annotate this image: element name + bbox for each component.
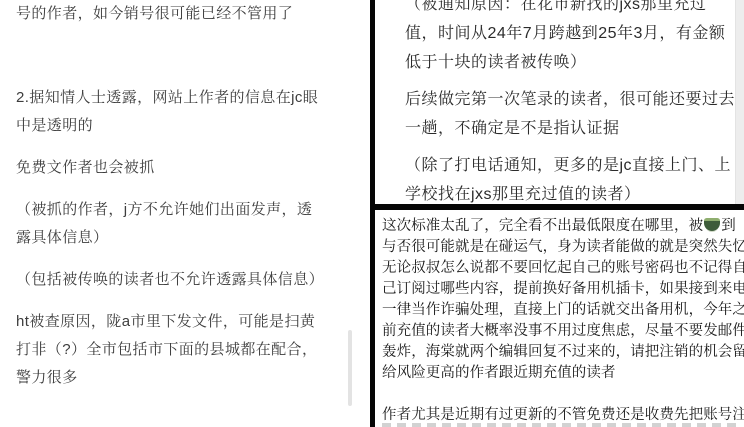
paragraph: （包括被传唤的读者也不允许透露具体信息） — [16, 266, 358, 294]
text-line: 前充值的读者大概率没事不用过度焦虑，尽量不要发邮件 — [382, 321, 742, 342]
left-text-panel: 号的作者，如今销号很可能已经不管用了 2.据知情人士透露，网站上作者的信息在jc… — [0, 0, 370, 427]
text-line: 打非（?）全市包括市下面的县城都在配合， — [16, 336, 358, 364]
text-line: ht被查原因，陇a市里下发文件，可能是扫黄 — [16, 308, 358, 336]
scrollbar-thumb[interactable] — [348, 330, 352, 406]
text-line: 露具体信息） — [16, 224, 358, 252]
text-line: 中是透明的 — [16, 112, 358, 140]
text-line: 学校找在jxs那里充过值的读者） — [405, 180, 725, 204]
paragraph: （除了打电话通知，更多的是jc直接上门、上 学校找在jxs那里充过值的读者） — [405, 151, 725, 204]
text-line: 一律当作诈骗处理，直接上门的话就交出备用机，今年之 — [382, 300, 742, 321]
text-line: 一趟，不确定是不是指认证据 — [405, 114, 725, 143]
line-text-after-emoji: 到 — [721, 218, 736, 234]
text-line: 己订阅过哪些内容，提前换好备用机插卡，如果接到来电 — [382, 279, 742, 300]
paragraph: 免费文作者也会被抓 — [16, 154, 358, 182]
paragraph: （被通知原因：在花市新找的jxs那里充过 值，时间从24年7月跨越到25年3月，… — [405, 0, 725, 77]
paragraph: 2.据知情人士透露，网站上作者的信息在jc眼 中是透明的 — [16, 84, 358, 140]
screenshot-collage: 号的作者，如今销号很可能已经不管用了 2.据知情人士透露，网站上作者的信息在jc… — [0, 0, 744, 427]
text-line: 与否很可能就是在碰运气，身为读者能做的就是突然失忆 — [382, 237, 742, 258]
text-line: （被通知原因：在花市新找的jxs那里充过 — [405, 0, 725, 19]
text-line: 2.据知情人士透露，网站上作者的信息在jc眼 — [16, 84, 358, 112]
text-line: 无论叔叔怎么说都不要回忆起自己的账号密码也不记得自 — [382, 258, 742, 279]
text-line: 这次标准太乱了，完全看不出最低限度在哪里，被到 — [382, 216, 742, 237]
text-line: 轰炸，海棠就两个编辑回复不过来的，请把注销的机会留 — [382, 342, 742, 363]
line-text-before-emoji: 这次标准太乱了，完全看不出最低限度在哪里，被 — [382, 218, 703, 234]
text-line: （除了打电话通知，更多的是jc直接上门、上 — [405, 151, 725, 180]
text-line: （被抓的作者，j方不允许她们出面发声，透 — [16, 196, 358, 224]
cutoff-text-sliver — [382, 423, 740, 427]
screenshot-edge-gutter — [735, 0, 744, 204]
text-line: 警力很多 — [16, 364, 358, 392]
text-line: 后续做完第一次笔录的读者，很可能还要过去 — [405, 85, 725, 114]
paragraph: ht被查原因，陇a市里下发文件，可能是扫黄 打非（?）全市包括市下面的县城都在配… — [16, 308, 358, 392]
teacup-without-handle-icon — [704, 218, 720, 231]
paragraph: 号的作者，如今销号很可能已经不管用了 — [16, 0, 358, 28]
paragraph: 后续做完第一次笔录的读者，很可能还要过去 一趟，不确定是不是指认证据 — [405, 85, 725, 143]
text-line: 免费文作者也会被抓 — [16, 154, 358, 182]
text-line: 低于十块的读者被传唤） — [405, 48, 725, 77]
paragraph: （被抓的作者，j方不允许她们出面发声，透 露具体信息） — [16, 196, 358, 252]
text-line: 号的作者，如今销号很可能已经不管用了 — [16, 0, 358, 28]
paragraph: 这次标准太乱了，完全看不出最低限度在哪里，被到 与否很可能就是在碰运气，身为读者… — [382, 216, 742, 384]
text-line: 给风险更高的作者跟近期充值的读者 — [382, 363, 742, 384]
text-line: （包括被传唤的读者也不允许透露具体信息） — [16, 266, 358, 294]
right-top-text-panel: （被通知原因：在花市新找的jxs那里充过 值，时间从24年7月跨越到25年3月，… — [375, 0, 744, 204]
text-line: 值，时间从24年7月跨越到25年3月，有金额 — [405, 19, 725, 48]
right-bottom-text-panel: 这次标准太乱了，完全看不出最低限度在哪里，被到 与否很可能就是在碰运气，身为读者… — [375, 210, 744, 427]
right-top-content: （被通知原因：在花市新找的jxs那里充过 值，时间从24年7月跨越到25年3月，… — [405, 0, 725, 204]
